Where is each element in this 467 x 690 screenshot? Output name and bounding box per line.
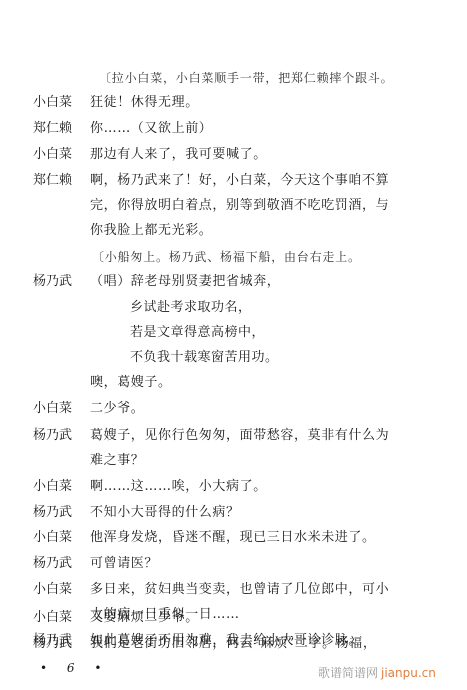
dialogue-line: 又要麻烦二少爷。 [90,610,199,626]
verse-line: 不负我十载寒窗苦用功。 [130,350,279,366]
dialogue-line: 多日来，贫妇典当变卖，也曾请了几位郎中，可小 [90,582,389,598]
dialogue-line: 狂徒！休得无理。 [90,95,199,111]
stage-direction: 〔小船匆上。杨乃武、杨福下船，由台右走上。 [92,249,361,265]
watermark-site: 歌谱简谱网 [318,666,378,680]
dialogue-line: 你……（又欲上前） [90,121,212,137]
speaker-name: 杨乃武 [33,274,85,290]
speaker-name: 杨乃武 [33,636,85,652]
dialogue-line: 那边有人来了，我可要喊了。 [90,147,267,163]
verse-line: 若是文章得意高榜中， [130,325,265,341]
speaker-name: 小白菜 [33,147,85,163]
speaker-name: 小白菜 [33,582,85,598]
watermark-url: jianpu.cn [381,666,436,680]
dialogue-line: （唱）辞老母别贤妻把省城奔， [90,274,280,290]
dialogue-line: 噢，葛嫂子。 [90,375,172,391]
speaker-name: 杨乃武 [33,505,85,521]
dialogue-line: 可曾请医？ [90,556,158,572]
speaker-name: 杨乃武 [33,428,85,444]
speaker-name: 小白菜 [33,95,85,111]
page-number: • 6 • [40,661,109,675]
speaker-name: 小白菜 [33,610,85,626]
dialogue-line: 我们是老街坊旧邻居，何云“麻烦”二字。杨福， [90,636,377,652]
dialogue-line: 二少爷。 [90,401,144,417]
dialogue-line: 葛嫂子，见你行色匆匆，面带愁容，莫非有什么为 [90,428,389,444]
dialogue-line: 啊……这……唉，小大病了。 [90,479,267,495]
speaker-name: 小白菜 [33,479,85,495]
dialogue-line: 难之事？ [90,453,144,469]
speaker-name: 郑仁赖 [33,121,85,137]
stage-direction: 〔拉小白菜，小白菜顺手一带，把郑仁赖摔个跟斗。 [99,70,393,86]
dialogue-line: 啊，杨乃武来了！好，小白菜，今天这个事咱不算 [90,173,389,189]
dialogue-line: 他浑身发烧，昏迷不醒，现已三日水米未进了。 [90,530,376,546]
speaker-name: 小白菜 [33,401,85,417]
speaker-name: 小白菜 [33,530,85,546]
document-page: 〔拉小白菜，小白菜顺手一带，把郑仁赖摔个跟斗。 小白菜 狂徒！休得无理。 郑仁赖… [0,0,467,690]
speaker-name: 杨乃武 [33,556,85,572]
watermark: 歌谱简谱网jianpu.cn [318,664,436,681]
verse-line: 乡试赴考求取功名， [130,300,252,316]
speaker-name: 郑仁赖 [33,173,85,189]
dialogue-line: 不知小大哥得的什么病？ [90,505,240,521]
dialogue-line: 你我脸上都无光彩。 [90,223,212,239]
dialogue-line: 完，你得放明白着点，别等到敬酒不吃吃罚酒，与 [90,198,389,214]
